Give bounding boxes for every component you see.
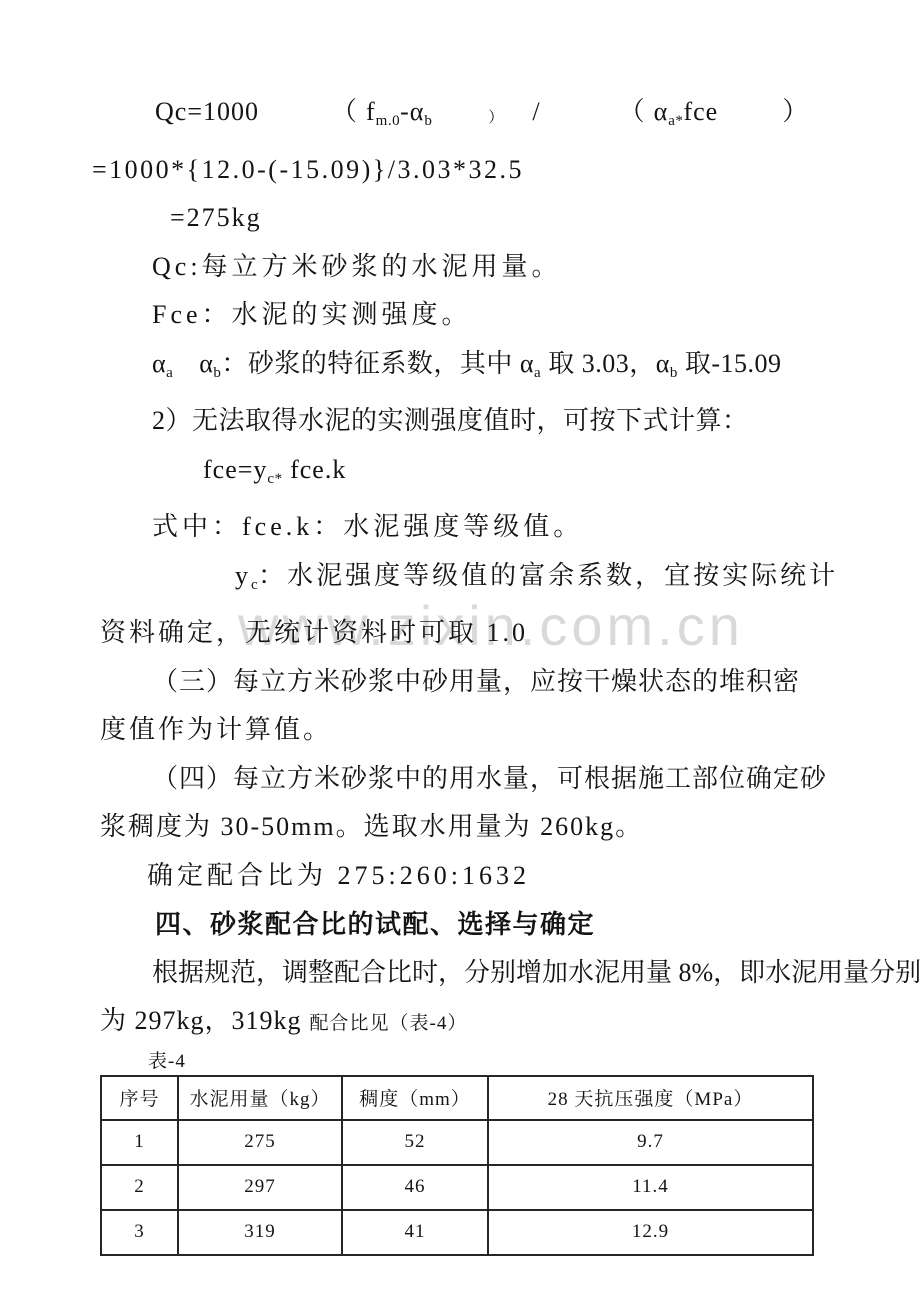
mix-ratio-table: 序号 水泥用量（kg） 稠度（mm） 28 天抗压强度（MPa） 1 275 5… [100, 1075, 814, 1256]
cell-cement: 297 [178, 1165, 342, 1210]
table-reference-text: 配合比见（表-4） [310, 1013, 468, 1034]
header-consistency: 稠度（mm） [342, 1076, 488, 1120]
table-header-row: 序号 水泥用量（kg） 稠度（mm） 28 天抗压强度（MPa） [101, 1076, 813, 1120]
definition-fce: Fce：水泥的实测强度。 [152, 291, 820, 340]
alpha-a-value-text: 取 3.03，α [541, 349, 670, 378]
definition-alpha-coefficients: αaαb：砂浆的特征系数，其中 αa 取 3.03，αb 取-15.09 [152, 340, 820, 398]
yc-definition-line: yc：水泥强度等级值的富余系数，宜按实际统计 [235, 552, 820, 610]
section4-body-line2: 为 297kg，319kg配合比见（表-4） [100, 997, 820, 1049]
yc-definition-text: ：水泥强度等级值的富余系数，宜按实际统计 [258, 561, 838, 590]
alpha-b-symbol: α [199, 349, 213, 378]
section4-heading: 四、砂浆配合比的试配、选择与确定 [155, 900, 820, 949]
final-ratio-line: 确定配合比为 275:260:1632 [147, 852, 820, 901]
cell-strength: 9.7 [488, 1120, 813, 1165]
formula-fm0-term: fm.0-αb [366, 97, 432, 126]
table-row: 1 275 52 9.7 [101, 1120, 813, 1165]
alpha-b-value-text: 取-15.09 [678, 349, 782, 378]
fce-formula-post: fce.k [283, 455, 347, 484]
section2-intro: 2）无法取得水泥的实测强度值时，可按下式计算： [152, 397, 820, 446]
cell-cement: 319 [178, 1210, 342, 1255]
formula-slash: / [532, 97, 540, 126]
document-page: Qc=1000（fm.0-αb）/（αa*fce） =1000*{12.0-(-… [0, 0, 920, 1256]
cell-serial: 1 [101, 1120, 178, 1165]
where-clause-line: 式中：fce.k：水泥强度等级值。 [152, 503, 820, 552]
item3-line2: 度值作为计算值。 [100, 706, 820, 755]
header-compressive-strength: 28 天抗压强度（MPa） [488, 1076, 813, 1120]
alpha-a-symbol: α [152, 349, 166, 378]
yc-symbol: y [235, 561, 251, 590]
cell-strength: 11.4 [488, 1165, 813, 1210]
definition-qc: Qc:每立方米砂浆的水泥用量。 [152, 243, 820, 292]
item3-line1: （三）每立方米砂浆中砂用量，应按干燥状态的堆积密 [152, 658, 820, 707]
cement-amounts-text: 为 297kg，319kg [100, 1006, 302, 1035]
formula-qc-line: Qc=1000（fm.0-αb）/（αa*fce） [155, 88, 820, 146]
cell-serial: 2 [101, 1165, 178, 1210]
formula-result-line: =275kg [170, 194, 820, 243]
cell-consistency: 41 [342, 1210, 488, 1255]
formula-paren-open-2: （ [619, 97, 646, 126]
cell-serial: 3 [101, 1210, 178, 1255]
cell-consistency: 46 [342, 1165, 488, 1210]
fce-formula-pre: fce=y [203, 455, 267, 484]
formula-lhs: Qc=1000 [155, 97, 259, 126]
formula-paren-open-1: （ [331, 97, 358, 126]
fce-formula-line: fce=yc* fce.k [203, 446, 820, 504]
table-row: 2 297 46 11.4 [101, 1165, 813, 1210]
cell-cement: 275 [178, 1120, 342, 1165]
table-row: 3 319 41 12.9 [101, 1210, 813, 1255]
yc-definition-continuation: 资料确定，无统计资料时可取 1.0 [100, 609, 820, 658]
cell-strength: 12.9 [488, 1210, 813, 1255]
item4-line1: （四）每立方米砂浆中的用水量，可根据施工部位确定砂 [152, 755, 820, 804]
cell-consistency: 52 [342, 1120, 488, 1165]
formula-paren-close-2: ） [782, 97, 809, 126]
header-serial-number: 序号 [101, 1076, 178, 1120]
formula-calculation-line: =1000*{12.0-(-15.09)}/3.03*32.5 [92, 146, 820, 195]
table-caption: 表-4 [148, 1049, 820, 1075]
header-cement-amount: 水泥用量（kg） [178, 1076, 342, 1120]
section4-body-line1: 根据规范，调整配合比时，分别增加水泥用量 8%，即水泥用量分别 [152, 949, 820, 998]
item4-line2: 浆稠度为 30-50mm。选取水用量为 260kg。 [100, 803, 820, 852]
alpha-definition-text: ：砂浆的特征系数，其中 α [221, 349, 534, 378]
formula-alpha-fce-term: αa*fce [654, 97, 719, 126]
formula-paren-close-small: ） [488, 110, 504, 126]
